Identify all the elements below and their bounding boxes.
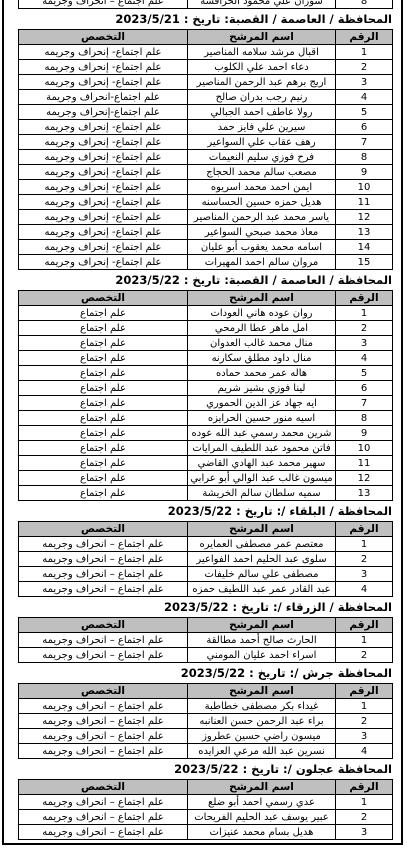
column-header-number: الرقم: [336, 522, 393, 537]
candidate-name: اريج برهم عبد الرحمن المناصير: [188, 75, 336, 90]
table-header-row: الرقم اسم المرشح التخصص: [19, 618, 393, 633]
candidate-name: سميه سلطان سالم الخريشة: [188, 486, 336, 501]
row-number: 2: [336, 810, 393, 825]
specialization: علم اجتماع- إنحراف وجريمه: [19, 240, 188, 255]
candidate-name: فرح فوزي سليم النعيمات: [188, 150, 336, 165]
row-number: 4: [336, 351, 393, 366]
table-row: 8فرح فوزي سليم النعيماتعلم اجتماع- إنحرا…: [19, 150, 393, 165]
row-number: 1: [336, 537, 393, 552]
table-row: 3اريج برهم عبد الرحمن المناصيرعلم اجتماع…: [19, 75, 393, 90]
candidate-name: مروان سالم احمد المهيرات: [188, 255, 336, 270]
row-number: 13: [336, 225, 393, 240]
section-title: المحافظة / البلقاء /: تاريخ : 2023/5/22: [18, 503, 392, 519]
table-row: 1غيداء بكر مصطفى خطاطبةعلم اجتماع – انحر…: [19, 699, 393, 714]
table-row: 5هاله عمر محمد حمادهعلم اجتماع: [19, 366, 393, 381]
candidate-name: هديل بسام محمد عنيزات: [188, 825, 336, 840]
row-number: 3: [336, 825, 393, 840]
table-row: 1الحارث صالح أحمد مطالقةعلم اجتماع – انح…: [19, 633, 393, 648]
candidate-name: ايه جهاد عز الدين الحموري: [188, 396, 336, 411]
section-title: المحافظة عجلون /: تاريخ : 2023/5/22: [18, 761, 392, 777]
document-screenshot: 8 سوزان علي محمود الحرافشه علم اجتماع – …: [0, 0, 407, 854]
row-number: 4: [336, 90, 393, 105]
specialization: علم اجتماع: [19, 366, 188, 381]
table-row: 4رنيم رجب بدران صالحعلم اجتماع-انحراف وج…: [19, 90, 393, 105]
candidate-name: براء عبد الرحمن حسن العنانبه: [188, 714, 336, 729]
table-row: 9مصعب سالم محمد الحجاجعلم اجتماع- إنحراف…: [19, 165, 393, 180]
specialization: علم اجتماع: [19, 471, 188, 486]
table-row: 4نسرين عبد الله مرعي العرايدهعلم اجتماع …: [19, 744, 393, 759]
row-number: 1: [336, 699, 393, 714]
page-content: 8 سوزان علي محمود الحرافشه علم اجتماع – …: [0, 0, 407, 840]
candidate-name: سوزان علي محمود الحرافشه: [188, 0, 336, 9]
candidates-table: الرقم اسم المرشح التخصص 1معتصم عمر مصطفى…: [18, 521, 393, 597]
table-row: 3منال محمد غالب العدوانعلم اجتماع: [19, 336, 393, 351]
row-number: 1: [336, 45, 393, 60]
table-row: 15مروان سالم احمد المهيراتعلم اجتماع- إن…: [19, 255, 393, 270]
candidate-name: معتصم عمر مصطفى العمايره: [188, 537, 336, 552]
candidate-name: هاله عمر محمد حماده: [188, 366, 336, 381]
row-number: 4: [336, 582, 393, 597]
candidate-name: سلوى عبد الحليم احمد الفواعير: [188, 552, 336, 567]
table-header-row: الرقم اسم المرشح التخصص: [19, 684, 393, 699]
row-number: 4: [336, 744, 393, 759]
sections: المحافظة / العاصمة / القصبة: تاريخ : 202…: [18, 11, 393, 840]
table-row: 1عدي رسمي احمد أبو ضلععلم اجتماع – انحرا…: [19, 795, 393, 810]
row-number: 8: [336, 150, 393, 165]
row-number: 2: [336, 648, 393, 663]
specialization: علم اجتماع – انحراف وجريمه: [19, 582, 188, 597]
specialization: علم اجتماع: [19, 306, 188, 321]
candidate-name: شرين محمد رسمي عبد الله عوده: [188, 426, 336, 441]
table-row: 7رهف عقاب علي السواعيرعلم اجتماع- إنحراف…: [19, 135, 393, 150]
column-header-name: اسم المرشح: [188, 618, 336, 633]
candidate-name: امل ماهر عطا الرمحي: [188, 321, 336, 336]
row-number: 8: [336, 0, 393, 9]
column-header-number: الرقم: [336, 618, 393, 633]
specialization: علم اجتماع- إنحراف وجريمه: [19, 75, 188, 90]
specialization: علم اجتماع: [19, 486, 188, 501]
table-row: 2دعاء احمد علي الكلوبعلم اجتماع- إنحراف …: [19, 60, 393, 75]
column-header-number: الرقم: [336, 780, 393, 795]
candidate-name: مصطفى علي سالم خليفات: [188, 567, 336, 582]
row-number: 2: [336, 714, 393, 729]
specialization: علم اجتماع- إنحراف وجريمه: [19, 225, 188, 240]
column-header-specialization: التخصص: [19, 618, 188, 633]
table-header-row: الرقم اسم المرشح التخصص: [19, 780, 393, 795]
table-row: 8اسيه منور حسين الحرايزهعلم اجتماع: [19, 411, 393, 426]
table-row: 2براء عبد الرحمن حسن العنانبهعلم اجتماع …: [19, 714, 393, 729]
candidate-name: مصعب سالم محمد الحجاج: [188, 165, 336, 180]
specialization: علم اجتماع – انحراف وجريمه: [19, 825, 188, 840]
candidate-name: غيداء بكر مصطفى خطاطبة: [188, 699, 336, 714]
specialization: علم اجتماع- إنحراف وجريمه: [19, 120, 188, 135]
row-number: 1: [336, 633, 393, 648]
candidate-name: منال محمد غالب العدوان: [188, 336, 336, 351]
candidate-name: لينا فوزي بشير شريم: [188, 381, 336, 396]
row-number: 9: [336, 165, 393, 180]
specialization: علم اجتماع- إنحراف وجريمه: [19, 180, 188, 195]
specialization: علم اجتماع: [19, 321, 188, 336]
row-number: 10: [336, 441, 393, 456]
candidate-name: رهف عقاب علي السواعير: [188, 135, 336, 150]
candidate-name: دعاء احمد علي الكلوب: [188, 60, 336, 75]
table-row: 11سهير محمد عبد الهادي القاضيعلم اجتماع: [19, 456, 393, 471]
table-row: 7ايه جهاد عز الدين الحموريعلم اجتماع: [19, 396, 393, 411]
specialization: علم اجتماع: [19, 396, 188, 411]
row-number: 5: [336, 366, 393, 381]
candidate-name: نسرين عبد الله مرعي العرايده: [188, 744, 336, 759]
specialization: علم اجتماع- إنحراف وجريمه: [19, 150, 188, 165]
specialization: علم اجتماع – انحراف وجريمه: [19, 714, 188, 729]
candidate-name: منال داود مطلق سكارنه: [188, 351, 336, 366]
table-header-row: الرقم اسم المرشح التخصص: [19, 30, 393, 45]
row-number: 13: [336, 486, 393, 501]
candidate-name: اقبال مرشد سلامه المناصير: [188, 45, 336, 60]
table-row: 2سلوى عبد الحليم احمد الفواعيرعلم اجتماع…: [19, 552, 393, 567]
specialization: علم اجتماع: [19, 456, 188, 471]
table-row: 1معتصم عمر مصطفى العمايرهعلم اجتماع – ان…: [19, 537, 393, 552]
row-number: 11: [336, 456, 393, 471]
specialization: علم اجتماع – انحراف وجريمه: [19, 567, 188, 582]
row-number: 6: [336, 381, 393, 396]
table-row: 3مصطفى علي سالم خليفاتعلم اجتماع – انحرا…: [19, 567, 393, 582]
candidate-name: رنيم رجب بدران صالح: [188, 90, 336, 105]
row-number: 14: [336, 240, 393, 255]
table-row: 13سميه سلطان سالم الخريشةعلم اجتماع: [19, 486, 393, 501]
candidate-name: اسراء احمد عليان المومني: [188, 648, 336, 663]
specialization: علم اجتماع – انحراف وجريمه: [19, 699, 188, 714]
clipped-previous-table: 8 سوزان علي محمود الحرافشه علم اجتماع – …: [18, 0, 393, 9]
specialization: علم اجتماع- إنحراف وجريمه: [19, 210, 188, 225]
specialization: علم اجتماع: [19, 441, 188, 456]
candidate-name: رولا عاطف احمد الجبالي: [188, 105, 336, 120]
table-row: 10ايمن احمد محمد اسريوهعلم اجتماع- إنحرا…: [19, 180, 393, 195]
specialization: علم اجتماع- إنحراف وجريمه: [19, 45, 188, 60]
specialization: علم اجتماع- إنحراف وجريمه: [19, 255, 188, 270]
table-row: 4منال داود مطلق سكارنهعلم اجتماع: [19, 351, 393, 366]
column-header-specialization: التخصص: [19, 30, 188, 45]
column-header-name: اسم المرشح: [188, 291, 336, 306]
table-row: 12ميسون غالب عبد الوالي أبو عرابيعلم اجت…: [19, 471, 393, 486]
candidates-table: الرقم اسم المرشح التخصص 1الحارث صالح أحم…: [18, 617, 393, 663]
column-header-specialization: التخصص: [19, 780, 188, 795]
specialization: علم اجتماع – انحراف وجريمه: [19, 795, 188, 810]
column-header-number: الرقم: [336, 291, 393, 306]
table-row: 6سيرين علي فايز حمدعلم اجتماع- إنحراف وج…: [19, 120, 393, 135]
table-row: 10فاتن محمود عبد اللطيف المراياتعلم اجتم…: [19, 441, 393, 456]
row-number: 15: [336, 255, 393, 270]
row-number: 3: [336, 336, 393, 351]
table-header-row: الرقم اسم المرشح التخصص: [19, 291, 393, 306]
specialization: علم اجتماع – انحراف وجريمه: [19, 810, 188, 825]
candidate-name: ميسون راضي حسين عطروز: [188, 729, 336, 744]
table-row: 4عبد القادر عمر عبد اللطيف حمزهعلم اجتما…: [19, 582, 393, 597]
candidate-name: عدي رسمي احمد أبو ضلع: [188, 795, 336, 810]
candidate-name: ياسر محمد عبد الرحمن المناصير: [188, 210, 336, 225]
candidates-table: الرقم اسم المرشح التخصص 1اقبال مرشد سلام…: [18, 29, 393, 270]
specialization: علم اجتماع – انحراف وجريمه: [19, 633, 188, 648]
column-header-name: اسم المرشح: [188, 780, 336, 795]
candidate-name: الحارث صالح أحمد مطالقة: [188, 633, 336, 648]
candidate-name: روان عوده هاني العودات: [188, 306, 336, 321]
candidates-table-clipped: 8 سوزان علي محمود الحرافشه علم اجتماع – …: [18, 0, 393, 9]
specialization: علم اجتماع- إنحراف وجريمه: [19, 165, 188, 180]
row-number: 7: [336, 135, 393, 150]
row-number: 3: [336, 729, 393, 744]
specialization: علم اجتماع – انحراف وجريمه: [19, 744, 188, 759]
candidate-name: هديل حمزه حسين الحساسنه: [188, 195, 336, 210]
row-number: 3: [336, 75, 393, 90]
specialization: علم اجتماع-إنحراف وجريمه: [19, 105, 188, 120]
specialization: علم اجتماع: [19, 336, 188, 351]
table-row: 1روان عوده هاني العوداتعلم اجتماع: [19, 306, 393, 321]
specialization: علم اجتماع-انحراف وجريمة: [19, 90, 188, 105]
table-row: 5رولا عاطف احمد الجباليعلم اجتماع-إنحراف…: [19, 105, 393, 120]
specialization: علم اجتماع: [19, 411, 188, 426]
row-number: 2: [336, 60, 393, 75]
column-header-specialization: التخصص: [19, 522, 188, 537]
table-row: 2عبير يوسف عبد الحليم الفريحاتعلم اجتماع…: [19, 810, 393, 825]
specialization: علم اجتماع: [19, 381, 188, 396]
row-number: 6: [336, 120, 393, 135]
candidate-name: سيرين علي فايز حمد: [188, 120, 336, 135]
table-row: 3هديل بسام محمد عنيزاتعلم اجتماع – انحرا…: [19, 825, 393, 840]
table-row: 2امل ماهر عطا الرمحيعلم اجتماع: [19, 321, 393, 336]
column-header-number: الرقم: [336, 684, 393, 699]
specialization: علم اجتماع – انحراف وجريمه: [19, 729, 188, 744]
table-row: 2اسراء احمد عليان المومنيعلم اجتماع – ان…: [19, 648, 393, 663]
table-row: 12ياسر محمد عبد الرحمن المناصيرعلم اجتما…: [19, 210, 393, 225]
candidate-name: عبير يوسف عبد الحليم الفريحات: [188, 810, 336, 825]
row-number: 11: [336, 195, 393, 210]
candidates-table: الرقم اسم المرشح التخصص 1روان عوده هاني …: [18, 290, 393, 501]
section-title: المحافظة جرش /: تاريخ : 2023/5/22: [18, 665, 392, 681]
candidate-name: ايمن احمد محمد اسريوه: [188, 180, 336, 195]
candidate-name: فاتن محمود عبد اللطيف المرايات: [188, 441, 336, 456]
row-number: 9: [336, 426, 393, 441]
specialization: علم اجتماع – انحراف وجريمه: [19, 537, 188, 552]
row-number: 3: [336, 567, 393, 582]
table-row: 9شرين محمد رسمي عبد الله عودهعلم اجتماع: [19, 426, 393, 441]
candidates-table: الرقم اسم المرشح التخصص 1غيداء بكر مصطفى…: [18, 683, 393, 759]
specialization: علم اجتماع – انحراف وجريمه: [19, 552, 188, 567]
candidate-name: اسامه محمد يعقوب أبو عليان: [188, 240, 336, 255]
section-title: المحافظة / العاصمة / القصبة: تاريخ : 202…: [18, 272, 392, 288]
column-header-name: اسم المرشح: [188, 522, 336, 537]
specialization: علم اجتماع – انحراف وجريمه: [19, 648, 188, 663]
column-header-number: الرقم: [336, 30, 393, 45]
row-number: 7: [336, 396, 393, 411]
row-number: 12: [336, 210, 393, 225]
table-row: 11هديل حمزه حسين الحساسنهعلم اجتماع- إنح…: [19, 195, 393, 210]
specialization: علم اجتماع – انحراف وجريمه: [19, 0, 188, 9]
specialization: علم اجتماع: [19, 426, 188, 441]
row-number: 12: [336, 471, 393, 486]
row-number: 1: [336, 795, 393, 810]
column-header-specialization: التخصص: [19, 684, 188, 699]
table-row: 1اقبال مرشد سلامه المناصيرعلم اجتماع- إن…: [19, 45, 393, 60]
candidates-table: الرقم اسم المرشح التخصص 1عدي رسمي احمد أ…: [18, 779, 393, 840]
candidate-name: سهير محمد عبد الهادي القاضي: [188, 456, 336, 471]
table-row: 3ميسون راضي حسين عطروزعلم اجتماع – انحرا…: [19, 729, 393, 744]
candidate-name: اسيه منور حسين الحرايزه: [188, 411, 336, 426]
table-header-row: الرقم اسم المرشح التخصص: [19, 522, 393, 537]
column-header-name: اسم المرشح: [188, 684, 336, 699]
section-title: المحافظة / العاصمة / القصبة: تاريخ : 202…: [18, 11, 392, 27]
row-number: 10: [336, 180, 393, 195]
candidate-name: عبد القادر عمر عبد اللطيف حمزه: [188, 582, 336, 597]
candidate-name: ميسون غالب عبد الوالي أبو عرابي: [188, 471, 336, 486]
table-row: 13معاذ محمد صبحي السواعيرعلم اجتماع- إنح…: [19, 225, 393, 240]
candidate-name: معاذ محمد صبحي السواعير: [188, 225, 336, 240]
table-row: 6لينا فوزي بشير شريمعلم اجتماع: [19, 381, 393, 396]
row-number: 1: [336, 306, 393, 321]
row-number: 5: [336, 105, 393, 120]
specialization: علم اجتماع- إنحراف وجريمه: [19, 60, 188, 75]
specialization: علم اجتماع: [19, 351, 188, 366]
row-number: 2: [336, 321, 393, 336]
row-number: 2: [336, 552, 393, 567]
specialization: علم اجتماع- إنحراف وجريمه: [19, 195, 188, 210]
row-number: 8: [336, 411, 393, 426]
column-header-specialization: التخصص: [19, 291, 188, 306]
table-row: 14اسامه محمد يعقوب أبو عليانعلم اجتماع- …: [19, 240, 393, 255]
section-title: المحافظة / الزرقاء /: تاريخ : 2023/5/22: [18, 599, 392, 615]
table-row: 8 سوزان علي محمود الحرافشه علم اجتماع – …: [19, 0, 393, 9]
column-header-name: اسم المرشح: [188, 30, 336, 45]
specialization: علم اجتماع- إنحراف وجريمه: [19, 135, 188, 150]
